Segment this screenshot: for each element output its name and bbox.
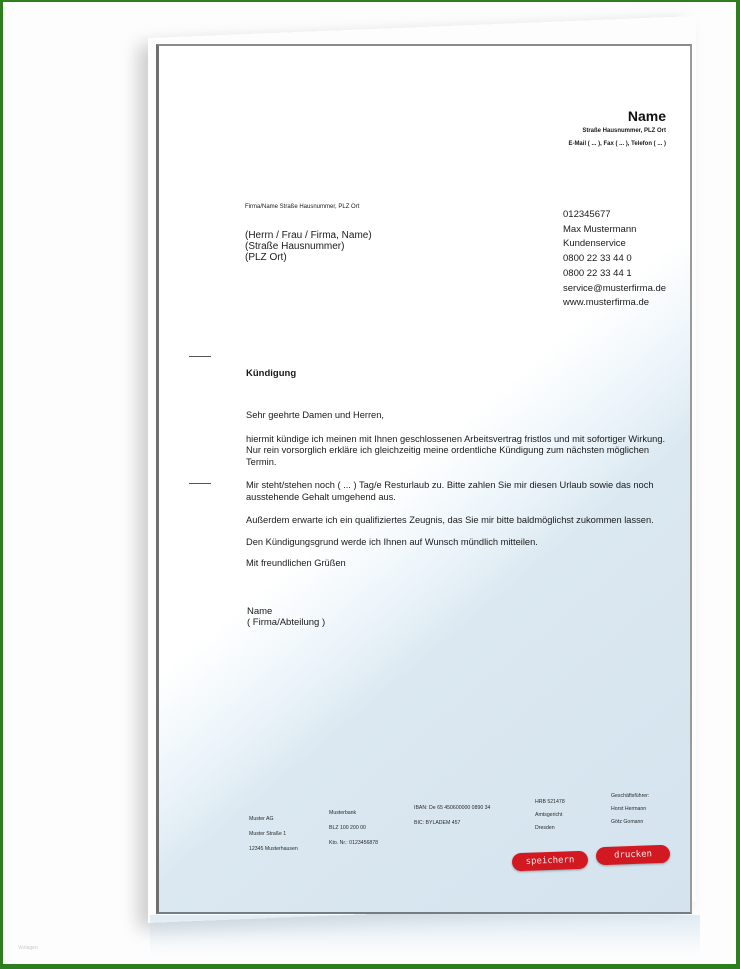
letter-body: Sehr geehrte Damen und Herren, hiermit k… [246,410,666,582]
footer-text: Muster Straße 1 [249,827,298,842]
contact-person: Max Mustermann [563,223,666,238]
footer-company: Muster AG Muster Straße 1 12345 Musterha… [249,812,298,857]
reference-number: 012345677 [563,208,666,223]
body-paragraph: hiermit kündige ich meinen mit Ihnen ges… [246,434,666,469]
body-paragraph: Den Kündigungsgrund werde ich Ihnen auf … [246,537,666,549]
fax: 0800 22 33 44 1 [563,267,666,282]
footer-text: Geschäftsführer: [611,790,649,803]
footer-text: 12345 Musterhausen [249,842,298,857]
watermark: Vorlagen [18,945,38,951]
page-reflection [150,915,700,955]
footer-management: Geschäftsführer: Horst Hermann Götz Goma… [611,790,649,829]
footer-text: IBAN: De 65 450600000 0890 34 [414,801,490,816]
salutation: Sehr geehrte Damen und Herren, [246,410,666,422]
footer-text: BIC: BYLADEM 457 [414,816,490,831]
email: service@musterfirma.de [563,282,666,297]
sender-name: Name [628,108,666,124]
footer-iban: IBAN: De 65 450600000 0890 34 BIC: BYLAD… [414,801,490,831]
footer-text: BLZ 100 200 00 [329,821,378,836]
sender-contact: E-Mail ( ... ), Fax ( ... ), Telefon ( .… [568,141,666,147]
recipient-line: (PLZ Ort) [245,252,372,263]
signature-department: ( Firma/Abteilung ) [247,617,325,628]
footer-text: Götz Gomann [611,816,649,829]
footer-text: Musterbank [329,806,378,821]
footer-text: Muster AG [249,812,298,827]
signature-block: Name ( Firma/Abteilung ) [247,606,325,628]
print-button[interactable]: drucken [596,845,671,866]
body-paragraph: Außerdem erwarte ich ein qualifiziertes … [246,515,666,527]
recipient-block: (Herrn / Frau / Firma, Name) (Straße Hau… [245,230,372,263]
footer-text: Kto. Nr.: 0123456878 [329,836,378,851]
department: Kundenservice [563,237,666,252]
footer-text: Horst Hermann [611,803,649,816]
fold-mark [189,356,211,357]
closing: Mit freundlichen Grüßen [246,558,666,570]
website: www.musterfirma.de [563,296,666,311]
save-button[interactable]: speichern [512,851,589,872]
footer-text: Amtsgericht [535,809,565,822]
fold-mark [189,483,211,484]
footer-register: HRB 521478 Amtsgericht Dresden [535,796,565,835]
return-address: Firma/Name Straße Hausnummer, PLZ Ort [245,204,359,210]
footer-bank: Musterbank BLZ 100 200 00 Kto. Nr.: 0123… [329,806,378,851]
recipient-line: (Straße Hausnummer) [245,241,372,252]
phone: 0800 22 33 44 0 [563,252,666,267]
footer-text: Dresden [535,822,565,835]
footer-text: HRB 521478 [535,796,565,809]
body-paragraph: Mir steht/stehen noch ( ... ) Tag/e Rest… [246,480,666,503]
subject-line: Kündigung [246,368,296,379]
signature-name: Name [247,606,325,617]
sender-address: Straße Hausnummer, PLZ Ort [582,128,666,134]
letter-page: Name Straße Hausnummer, PLZ Ort E-Mail (… [156,44,692,914]
contact-block: 012345677 Max Mustermann Kundenservice 0… [563,208,666,311]
recipient-line: (Herrn / Frau / Firma, Name) [245,230,372,241]
